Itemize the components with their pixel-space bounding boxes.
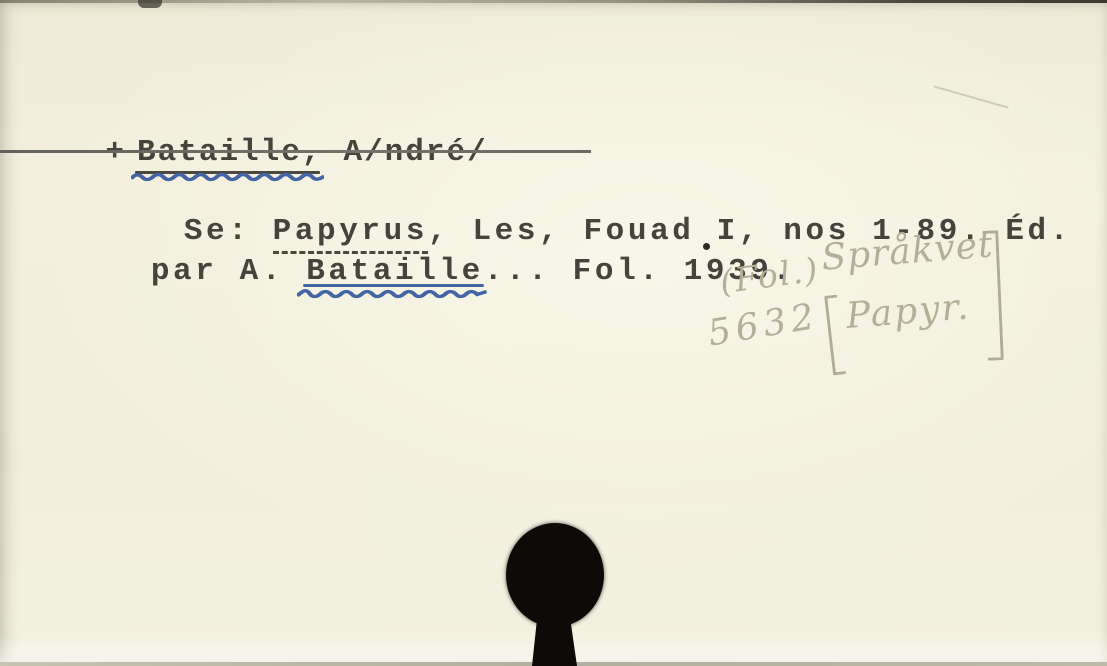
author-name: Bataille — [306, 255, 484, 289]
right-bracket — [982, 230, 1004, 361]
ink-smudge — [138, 0, 162, 8]
reference-line-2: par A. Bataille... Fol. 1939. — [62, 221, 795, 323]
paper-crease — [933, 85, 1009, 108]
card-top-edge — [0, 0, 1107, 3]
pencil-annotations: (Fol.) Språkvet 5632 Papyr. — [693, 222, 1033, 392]
blue-wavy-underline — [297, 286, 487, 300]
reference-line2-lead: par A. — [151, 254, 306, 289]
heading-forename: A/ndré/ — [343, 135, 487, 170]
format-note: (Fol.) — [718, 250, 822, 302]
shelf-number: 5632 — [705, 296, 822, 355]
heading-rule — [0, 150, 591, 153]
left-bracket — [824, 295, 846, 376]
category-note: Papyr. — [845, 286, 972, 337]
catalog-card: +Bataille,A/ndré/ Se: Papyrus, Les, Foua… — [0, 0, 1107, 666]
added-entry-plus-mark: + — [105, 135, 126, 170]
heading-surname: Bataille, — [137, 136, 322, 170]
